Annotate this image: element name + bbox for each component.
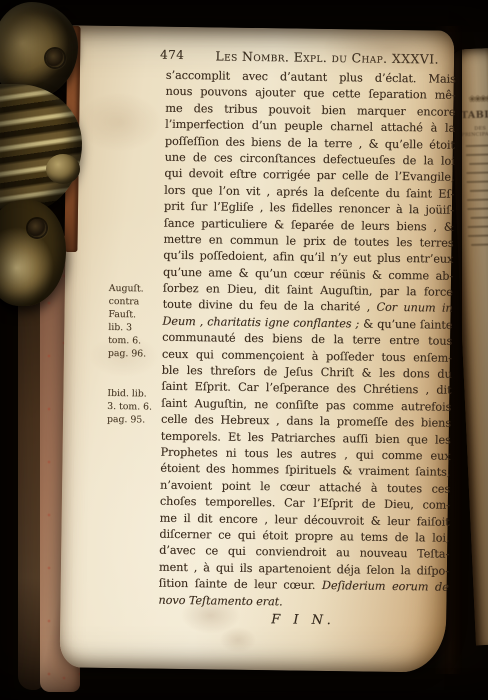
book-page: 474 Les Nombr. Expl. du Chap. XXXVI. s’a… — [60, 25, 455, 672]
facing-ornament: ❀❀❀❀ — [460, 94, 488, 105]
clasp-shell — [0, 84, 82, 212]
rivet-icon — [46, 49, 64, 67]
body-text: s’accomplit avec d’autant plus d’éclat. … — [158, 68, 456, 613]
book-photo-scene: ❀❀❀❀ TABLE DES PRINCIPALES 474 Les Nombr… — [0, 0, 488, 700]
facing-subtitle: DES PRINCIPALES — [461, 125, 488, 138]
margin-note: Ibid. lib.3. tom. 6.pag. 95. — [107, 387, 152, 427]
facing-text-blur — [462, 144, 488, 246]
clasp-bottom-knob — [0, 200, 66, 306]
margin-notes: Auguſt.contraFauſt.lib. 3tom. 6.pag. 96.… — [104, 26, 165, 669]
facing-page-content: ❀❀❀❀ TABLE DES PRINCIPALES — [459, 48, 488, 645]
fin-label: F I N. — [158, 611, 448, 630]
running-title: Les Nombr. Expl. du Chap. XXXVI. — [192, 48, 462, 67]
margin-note: Auguſt.contraFauſt.lib. 3tom. 6.pag. 96. — [108, 282, 147, 361]
facing-title: TABLE — [461, 109, 488, 121]
rivet-icon — [28, 219, 46, 237]
running-header: 474 Les Nombr. Expl. du Chap. XXXVI. — [160, 48, 462, 67]
brass-clasp — [0, 0, 92, 316]
clasp-lobe — [46, 154, 80, 184]
